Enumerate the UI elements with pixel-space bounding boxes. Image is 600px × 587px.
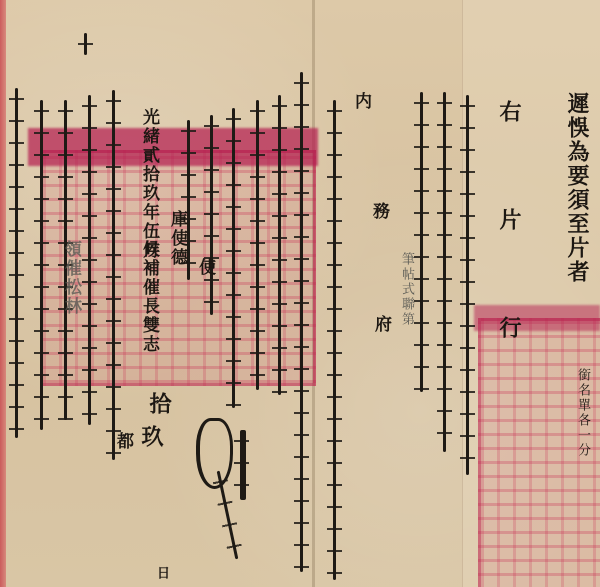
manchu-column — [210, 115, 213, 315]
manchu-column — [300, 72, 303, 572]
manchu-column — [88, 95, 91, 425]
number-jiu: 玖 — [140, 425, 162, 449]
seal-char: 催 — [61, 259, 81, 278]
seal-char: 領 — [61, 240, 81, 259]
officials-line-2: 使 — [196, 258, 213, 277]
seal-char: 林 — [61, 297, 81, 316]
manchu-column — [333, 100, 336, 580]
recipient-char-nei: 内 — [352, 92, 369, 111]
manchu-column — [443, 92, 446, 452]
manchu-column — [420, 92, 423, 392]
officials-line-3: 候補催長雙志 — [140, 240, 157, 354]
manchu-column — [15, 88, 18, 438]
day-char: 日 — [155, 566, 168, 581]
manchu-column — [187, 120, 190, 280]
signature-mark — [240, 430, 246, 500]
seal-overlay-chars: 領催松林 — [62, 240, 79, 316]
header-column: 遲悞為要須至片者 — [566, 92, 588, 284]
manchu-column — [466, 95, 469, 475]
stamp-char-du: 都 — [114, 432, 131, 451]
sender-char-xing: 行 — [498, 316, 520, 340]
sender-char-you: 右 — [498, 100, 520, 124]
manchu-mark — [84, 33, 87, 55]
document-page: 遲悞為要須至片者 銜名單各一分 右 片 行 内 務 府 筆帖式聯第 光緒貳拾玖年… — [0, 0, 600, 587]
recipient-char-fu: 府 — [372, 315, 389, 334]
seal-right-band — [474, 305, 600, 331]
number-shi: 拾 — [148, 392, 170, 416]
manchu-column — [232, 108, 235, 408]
attachment-note: 銜名單各一分 — [576, 368, 589, 458]
recipient-char-wu: 務 — [370, 202, 387, 221]
sender-char-pian: 片 — [498, 208, 520, 232]
manchu-column — [278, 95, 281, 395]
left-red-border — [0, 0, 6, 587]
manchu-column — [112, 90, 115, 460]
grey-annotation: 筆帖式聯第 — [400, 252, 413, 327]
seal-char: 松 — [61, 278, 81, 297]
manchu-column — [40, 100, 43, 430]
date-line: 光緒貳拾玖年伍月 — [140, 108, 157, 260]
manchu-column — [256, 100, 259, 390]
officials-line-1: 庫使德 — [168, 210, 185, 267]
